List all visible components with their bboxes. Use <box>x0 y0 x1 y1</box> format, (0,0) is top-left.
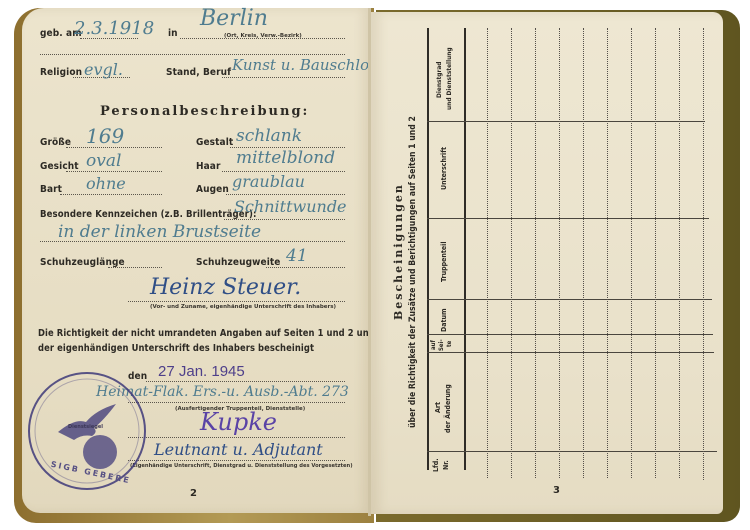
column-separator <box>427 334 713 335</box>
officer-rank-line <box>128 460 345 461</box>
issuing-unit-line <box>128 402 345 403</box>
eyes-label: Augen <box>196 184 229 195</box>
col-header-dienststellung: und Dienststellung <box>445 47 453 110</box>
beard-label: Bart <box>40 184 62 195</box>
col-header-dienstgrad: Dienstgrad <box>435 62 443 98</box>
row-line <box>631 28 632 478</box>
column-separator <box>427 352 714 353</box>
col-header-art-2: der Änderung <box>444 384 452 433</box>
col-header-lfd: Lfd. <box>432 458 440 472</box>
face-value: oval <box>86 151 121 171</box>
table-border-outer <box>427 28 429 470</box>
occupation-line <box>222 77 345 78</box>
officer-hint: (Eigenhändige Unterschrift, Dienstgrad u… <box>130 463 353 469</box>
beard-value: ohne <box>86 174 126 193</box>
table-header-divider <box>464 28 466 470</box>
special-marks-line <box>224 219 345 220</box>
col-header-datum: Datum <box>440 308 448 332</box>
shoe-width-value: 41 <box>286 246 308 266</box>
officer-signature-line <box>128 437 345 438</box>
birth-place-hint: (Ort, Kreis, Verw.-Bezirk) <box>224 33 302 39</box>
column-separator <box>427 218 709 219</box>
page-number-left: 2 <box>190 488 197 499</box>
row-line <box>583 28 584 478</box>
official-stamp: Dienstsiegel SIGB GEBERE <box>28 372 146 490</box>
shoe-width-line <box>266 267 345 268</box>
hair-label: Haar <box>196 161 221 172</box>
description-heading: Personalbeschreibung: <box>100 104 309 119</box>
officer-signature: Kupke <box>200 408 277 436</box>
beard-line <box>60 194 162 195</box>
column-separator <box>427 299 712 300</box>
page-title: Bescheinigungen <box>392 183 405 320</box>
col-header-seite-2: Sei- <box>438 339 445 351</box>
col-header-seite-1: auf <box>430 340 437 350</box>
birth-place-label: in <box>168 28 178 39</box>
hair-value: mittelblond <box>236 148 335 168</box>
officer-rank: Leutnant u. Adjutant <box>154 440 323 459</box>
certification-line-2: der eigenhändigen Unterschrift des Inhab… <box>38 343 314 354</box>
birth-place-value: Berlin <box>200 6 268 31</box>
holder-signature-hint: (Vor- und Zuname, eigenhändige Unterschr… <box>150 304 336 310</box>
holder-signature: Heinz Steuer. <box>150 275 301 300</box>
col-header-truppenteil: Truppenteil <box>440 242 448 283</box>
religion-value: evgl. <box>84 60 123 79</box>
height-value: 169 <box>86 124 124 148</box>
holder-signature-line <box>128 301 345 302</box>
row-line <box>487 28 488 478</box>
build-label: Gestalt <box>196 137 233 148</box>
cert-date-line <box>146 381 345 382</box>
build-value: schlank <box>236 126 302 146</box>
certification-line-1: Die Richtigkeit der nicht umrandeten Ang… <box>38 328 375 339</box>
eyes-line <box>226 194 345 195</box>
row-line <box>655 28 656 478</box>
cert-date-value: 27 Jan. 1945 <box>158 363 245 380</box>
special-marks-value-1: Schnittwunde <box>234 197 347 216</box>
column-separator <box>427 121 705 122</box>
right-page <box>371 12 723 514</box>
special-marks-value-2: in der linken Brustseite <box>58 222 261 242</box>
row-line <box>679 28 680 478</box>
face-line <box>66 171 162 172</box>
stamp-center-text: Dienstsiegel <box>68 424 103 430</box>
page-subtitle: über die Richtigkeit der Zusätze und Ber… <box>408 116 418 428</box>
col-header-art: Art <box>434 402 442 413</box>
col-header-seite-3: te <box>446 341 453 347</box>
row-line <box>511 28 512 478</box>
row-line <box>535 28 536 478</box>
blank-line <box>40 54 345 55</box>
row-line <box>607 28 608 478</box>
row-line <box>559 28 560 478</box>
page-number-right: 3 <box>553 485 560 496</box>
shoe-length-line <box>108 267 162 268</box>
col-header-unterschrift: Unterschrift <box>440 147 448 190</box>
column-separator <box>427 451 717 452</box>
col-header-nr: Nr. <box>442 460 450 470</box>
row-line <box>703 28 704 480</box>
eyes-value: graublau <box>232 172 305 191</box>
birth-date-value: 2.3.1918 <box>74 18 154 39</box>
